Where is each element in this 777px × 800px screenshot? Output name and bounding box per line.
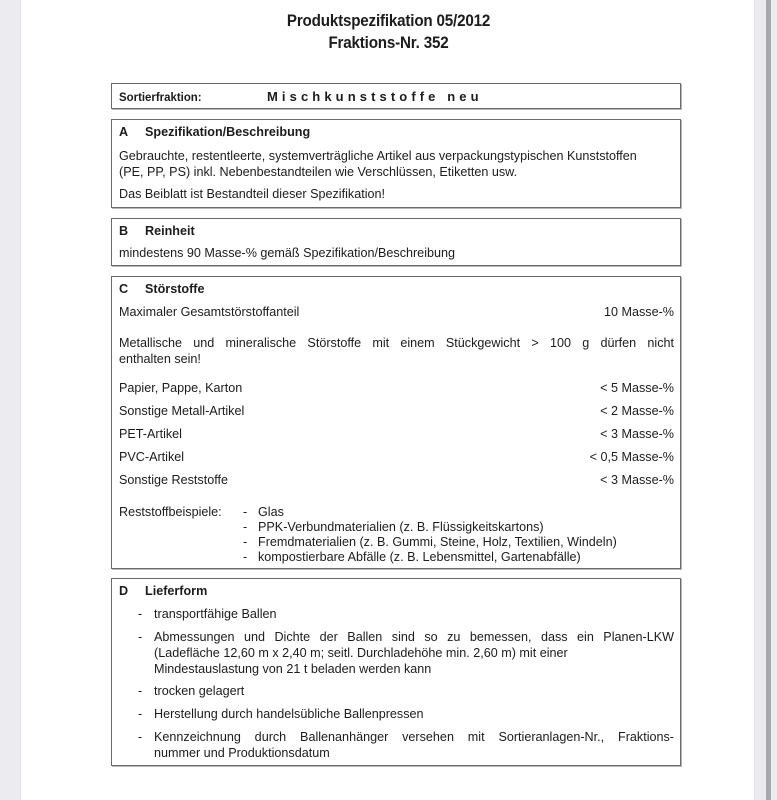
bullet-dash: -	[138, 730, 142, 744]
section-letter: D	[119, 584, 145, 598]
contaminant-limit-value: < 2 Masse-%	[600, 404, 674, 418]
contaminant-limit-label: Sonstige Reststoffe	[119, 473, 228, 487]
section-d-delivery-form: DLieferform -transportfähige Ballen-Abme…	[111, 578, 681, 766]
section-c-contaminants: CStörstoffe Maximaler Gesamtstörstoffant…	[111, 276, 681, 569]
contaminant-limit-label: Sonstige Metall-Artikel	[119, 404, 244, 418]
bullet-dash: -	[243, 535, 247, 549]
contaminant-limit-value: < 5 Masse-%	[600, 381, 674, 395]
section-title: Reinheit	[145, 224, 195, 238]
bullet-dash: -	[138, 707, 142, 721]
section-title: Störstoffe	[145, 282, 204, 296]
bullet-dash: -	[243, 550, 247, 564]
purity-text: mindestens 90 Masse-% gemäß Spezifikatio…	[119, 246, 455, 260]
bullet-dash: -	[138, 630, 142, 644]
bullet-dash: -	[138, 607, 142, 621]
description-line: Gebrauchte, restentleerte, systemverträg…	[119, 149, 637, 163]
section-letter: A	[119, 125, 145, 139]
examples-label: Reststoffbeispiele:	[119, 505, 222, 519]
contaminant-limit-label: PVC-Artikel	[119, 450, 184, 464]
delivery-requirement-line: Herstellung durch handelsübliche Ballenp…	[154, 707, 424, 721]
contaminant-limit-label: Papier, Pappe, Karton	[119, 381, 242, 395]
sortierfraktion-box: Sortierfraktion: Mischkunststoffe neu	[111, 83, 681, 109]
scrollbar[interactable]	[766, 0, 771, 800]
section-b-heading: BReinheit	[119, 224, 195, 238]
example-item: PPK-Verbundmaterialien (z. B. Flüssigkei…	[258, 520, 544, 534]
bullet-dash: -	[138, 684, 142, 698]
contaminant-limit-label: PET-Artikel	[119, 427, 182, 441]
warning-line: Metallische und mineralische Störstoffe …	[119, 336, 674, 350]
example-item: Fremdmaterialien (z. B. Gummi, Steine, H…	[258, 535, 617, 549]
example-item: kompostierbare Abfälle (z. B. Lebensmitt…	[258, 550, 581, 564]
delivery-requirement-line: Abmessungen und Dichte der Ballen sind s…	[154, 630, 674, 644]
bullet-dash: -	[243, 505, 247, 519]
delivery-requirement-line: Kennzeichnung durch Ballenanhänger verse…	[154, 730, 674, 744]
sortierfraktion-value: Mischkunststoffe neu	[267, 89, 483, 104]
sortierfraktion-label: Sortierfraktion:	[119, 90, 202, 104]
section-a-specification: ASpezifikation/Beschreibung Gebrauchte, …	[111, 119, 681, 208]
total-contaminant-label: Maximaler Gesamtstörstoffanteil	[119, 305, 299, 319]
contaminant-limit-value: < 3 Masse-%	[600, 473, 674, 487]
section-title: Spezifikation/Beschreibung	[145, 125, 310, 139]
section-a-heading: ASpezifikation/Beschreibung	[119, 125, 310, 139]
bullet-dash: -	[243, 520, 247, 534]
fraction-number: Fraktions-Nr. 352	[31, 34, 746, 53]
delivery-requirement-line: (Ladefläche 12,60 m x 2,40 m; seitl. Dur…	[154, 646, 568, 660]
section-letter: C	[119, 282, 145, 296]
document-title: Produktspezifikation 05/2012	[31, 12, 746, 31]
section-title: Lieferform	[145, 584, 207, 598]
section-d-heading: DLieferform	[119, 584, 207, 598]
delivery-requirement-line: Mindestauslastung von 21 t beladen werde…	[154, 662, 431, 676]
contaminant-limit-value: < 3 Masse-%	[600, 427, 674, 441]
section-c-heading: CStörstoffe	[119, 282, 204, 296]
delivery-requirement-line: nummer und Produktionsdatum	[154, 746, 330, 760]
total-contaminant-value: 10 Masse-%	[604, 305, 674, 319]
attachment-note: Das Beiblatt ist Bestandteil dieser Spez…	[119, 187, 385, 201]
contaminant-limit-value: < 0,5 Masse-%	[590, 450, 674, 464]
description-line: (PE, PP, PS) inkl. Nebenbestandteilen wi…	[119, 165, 517, 179]
example-item: Glas	[258, 505, 284, 519]
delivery-requirement-line: trocken gelagert	[154, 684, 244, 698]
warning-line: enthalten sein!	[119, 352, 201, 366]
delivery-requirement-line: transportfähige Ballen	[154, 607, 277, 621]
section-letter: B	[119, 224, 145, 238]
section-b-purity: BReinheit mindestens 90 Masse-% gemäß Sp…	[111, 218, 681, 266]
